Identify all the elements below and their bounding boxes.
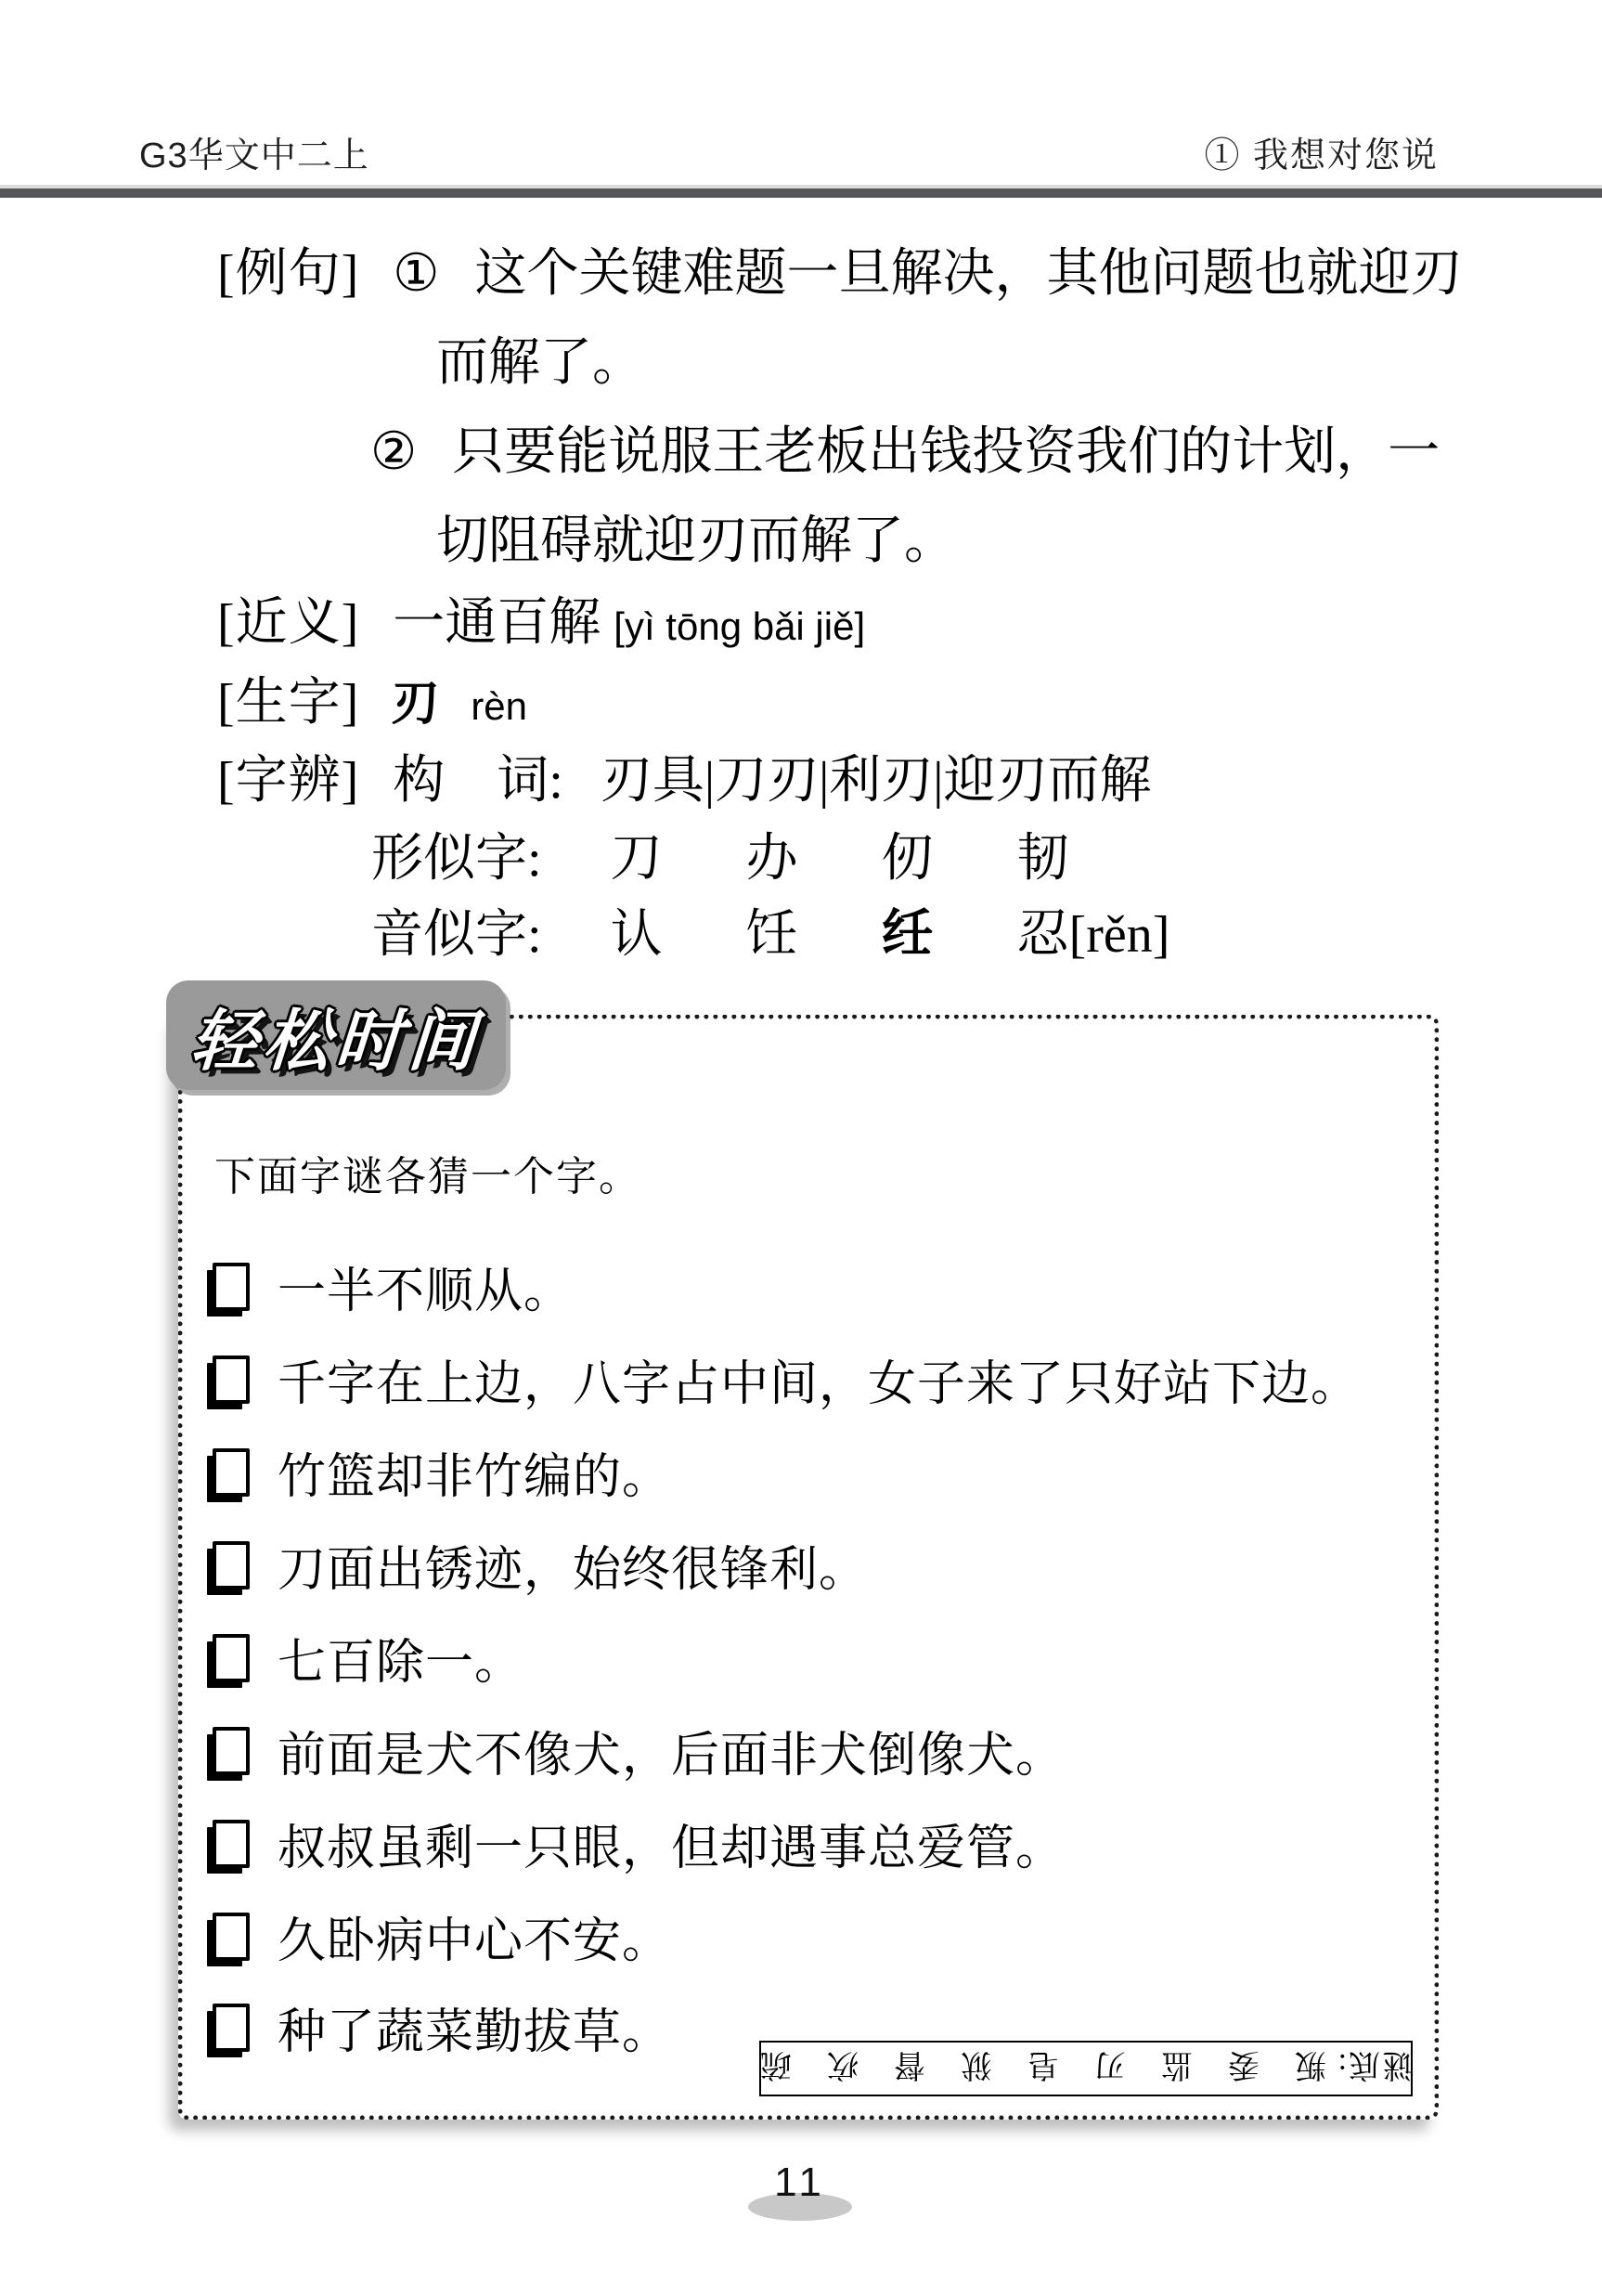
- zibian-row: [字辨] 构 词: 刃具|刀刃|利刃|迎刃而解: [217, 750, 1152, 811]
- header-book-title: G3华文中二上: [139, 126, 369, 177]
- synonym-pinyin: [yì tōng bǎi jiě]: [614, 604, 865, 648]
- riddle-text: 种了蔬菜勤拔草。: [278, 1992, 671, 2062]
- example-1-number: ①: [393, 245, 439, 303]
- xingsi-row: 形似字: 刀 办 仞 韧: [371, 828, 1069, 889]
- riddle-row: 前面是犬不像犬，后面非犬倒像犬。: [213, 1716, 1065, 1785]
- yinsi-values: 认 饪 纴 忍[rěn]: [611, 904, 1170, 966]
- riddle-row: 叔叔虽剩一只眼，但却遇事总爱管。: [213, 1809, 1065, 1878]
- answers-text-rotated: 谜底: 叛 委 监 刃 皂 狱 督 疚 疏: [758, 2046, 1414, 2092]
- example-line-1: [例句] ① 这个关键难题一旦解决，其他问题也就迎刃: [217, 243, 1463, 305]
- checkbox-icon: [213, 1541, 250, 1589]
- riddle-text: 久卧病中心不安。: [278, 1901, 671, 1971]
- zibian-label: [字辨]: [217, 752, 359, 810]
- xingsi-char: 韧: [1017, 828, 1069, 889]
- riddle-row: 七百除一。: [213, 1623, 523, 1693]
- example-line-3: ② 只要能说服王老板出钱投资我们的计划，一: [370, 422, 1440, 483]
- riddle-text: 竹篮却非竹编的。: [278, 1437, 671, 1507]
- xingsi-char: 办: [746, 828, 798, 889]
- example-label: [例句]: [217, 245, 359, 303]
- gouci-value: 刃具|刀刃|利刃|迎刃而解: [601, 752, 1152, 810]
- synonym-row: [近义] 一通百解 [yì tōng bǎi jiě]: [217, 592, 865, 657]
- synonym-word: 一通百解: [393, 594, 601, 652]
- riddle-row: 一半不顺从。: [213, 1252, 573, 1321]
- riddle-row: 久卧病中心不安。: [213, 1901, 671, 1971]
- example-2-text: 只要能说服王老板出钱投资我们的计划，一: [452, 423, 1440, 481]
- header-lesson-title: ① 我想对您说: [1204, 126, 1439, 177]
- fun-intro: 下面字谜各猜一个字。: [214, 1143, 641, 1202]
- riddle-text: 前面是犬不像犬，后面非犬倒像犬。: [278, 1716, 1065, 1785]
- riddle-row: 种了蔬菜勤拔草。: [213, 1992, 671, 2062]
- yinsi-char: 饪: [746, 904, 798, 966]
- yinsi-char: 忍[rěn]: [1017, 904, 1170, 966]
- riddle-text: 七百除一。: [278, 1623, 523, 1693]
- example-line-2: 而解了。: [436, 332, 644, 394]
- synonym-label: [近义]: [217, 594, 359, 652]
- header-rule: [0, 188, 1602, 198]
- checkbox-icon: [213, 1263, 250, 1311]
- checkbox-icon: [213, 1727, 250, 1775]
- answers-box: 谜底: 叛 委 监 刃 皂 狱 督 疚 疏: [759, 2041, 1413, 2096]
- xingsi-char: 刀: [611, 828, 663, 889]
- checkbox-icon: [213, 1448, 250, 1497]
- xingsi-label: 形似字:: [371, 830, 542, 888]
- riddle-text: 一半不顺从。: [278, 1252, 573, 1321]
- checkbox-icon: [213, 2004, 250, 2052]
- page-number: 11: [748, 2160, 852, 2206]
- xingsi-char: 仞: [882, 828, 934, 889]
- fun-time-title-tab: 轻松时间: [166, 980, 506, 1090]
- checkbox-icon: [213, 1356, 250, 1404]
- checkbox-icon: [213, 1634, 250, 1682]
- riddle-row: 竹篮却非竹编的。: [213, 1437, 671, 1507]
- riddle-text: 叔叔虽剩一只眼，但却遇事总爱管。: [278, 1809, 1065, 1878]
- xingsi-values: 刀 办 仞 韧: [611, 828, 1069, 889]
- example-2-number: ②: [370, 423, 417, 481]
- example-1-text: 这个关键难题一旦解决，其他问题也就迎刃: [475, 245, 1463, 303]
- example-line-4: 切阻碍就迎刃而解了。: [436, 511, 956, 572]
- gouci-label: 构 词:: [393, 752, 563, 810]
- riddle-row: 千字在上边，八字占中间，女子来了只好站下边。: [213, 1344, 1360, 1414]
- checkbox-icon: [213, 1820, 250, 1868]
- riddle-text: 千字在上边，八字占中间，女子来了只好站下边。: [278, 1344, 1360, 1414]
- newchar-pinyin: rèn: [471, 684, 527, 728]
- checkbox-icon: [213, 1913, 250, 1961]
- riddle-text: 刀面出锈迹，始终很锋利。: [278, 1530, 868, 1600]
- fun-time-title: 轻松时间: [187, 987, 484, 1083]
- riddle-row: 刀面出锈迹，始终很锋利。: [213, 1530, 868, 1600]
- newchar-label: [生字]: [217, 674, 359, 732]
- newchar-char: 刃: [391, 677, 439, 731]
- yinsi-label: 音似字:: [371, 906, 542, 964]
- yinsi-char: 认: [611, 904, 663, 966]
- yinsi-row: 音似字: 认 饪 纴 忍[rěn]: [371, 904, 1169, 966]
- newchar-row: [生字] 刃 rèn: [217, 672, 527, 737]
- fun-time-box: 轻松时间 下面字谜各猜一个字。 一半不顺从。 千字在上边，八字占中间，女子来了只…: [178, 1015, 1439, 2120]
- yinsi-char: 纴: [882, 904, 934, 966]
